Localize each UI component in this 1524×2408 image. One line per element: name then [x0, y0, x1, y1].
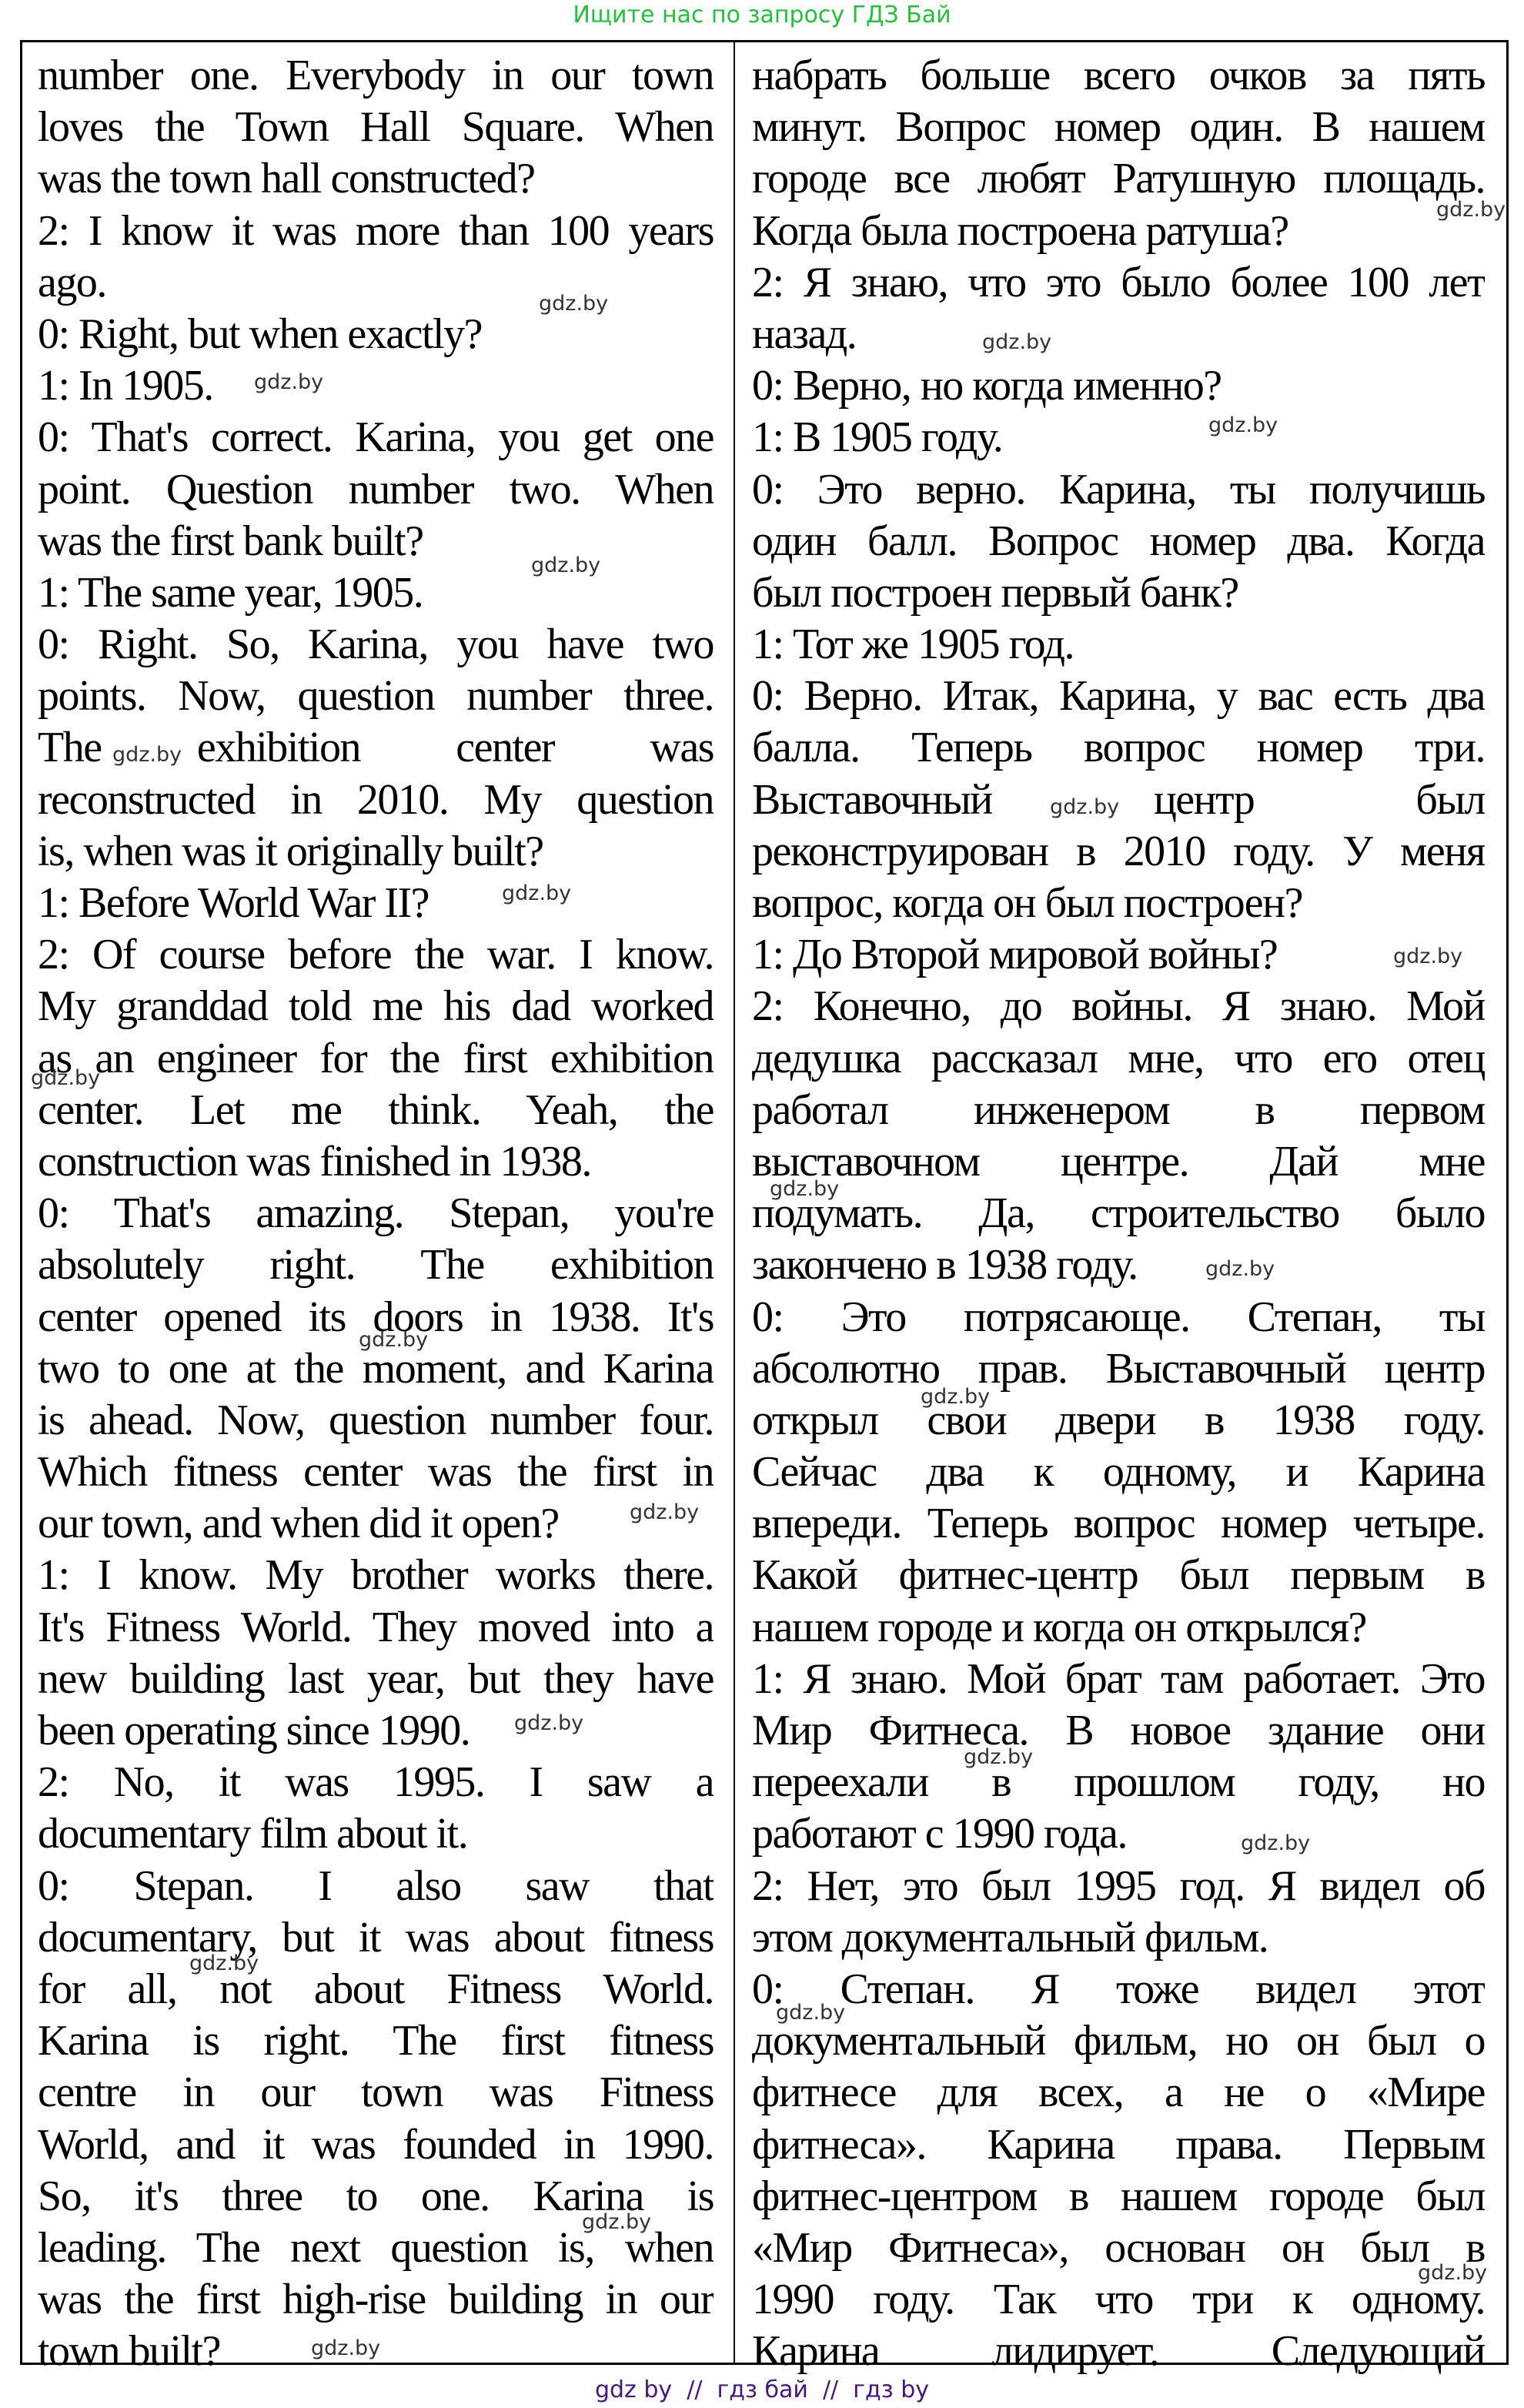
text-line: 1: В 1905 году. — [752, 412, 1485, 463]
text-line: point. Question number two. When — [38, 464, 714, 516]
text-line: World, and it was founded in 1990. — [38, 2119, 714, 2171]
text-line: 0: Это потрясающе. Степан, ты — [752, 1292, 1485, 1343]
text-line: 1: Тот же 1905 год. — [752, 619, 1485, 671]
text-line: documentary, but it was about fitness — [38, 1912, 714, 1964]
bilingual-text-table: number one. Everybody in our townloves t… — [20, 40, 1509, 2365]
text-line: документальный фильм, но он был о — [752, 2015, 1485, 2067]
text-line: Which fitness center was the first in — [38, 1446, 714, 1498]
text-line: подумать. Да, строительство было — [752, 1188, 1485, 1239]
gdz-watermark: gdz.by — [31, 1067, 100, 1090]
site-footer: gdz by // гдз бай // гдз by — [0, 2373, 1524, 2408]
column-divider — [734, 42, 735, 2363]
text-line: 0: Степан. Я тоже видел этот — [752, 1964, 1485, 2015]
gdz-watermark: gdz.by — [1418, 2262, 1487, 2285]
text-line: балла. Теперь вопрос номер три. — [752, 722, 1485, 774]
text-line: ago. — [38, 257, 714, 309]
text-line: 1: До Второй мировой войны? — [752, 929, 1485, 981]
russian-column: набрать больше всего очков за пятьминут.… — [752, 50, 1485, 2377]
gdz-watermark: gdz.by — [1393, 945, 1462, 968]
text-line: Сейчас два к одному, и Карина — [752, 1446, 1485, 1498]
text-line: работал инженером в первом — [752, 1085, 1485, 1136]
text-line: Карина лидирует. Следующий — [752, 2326, 1485, 2377]
text-line: center. Let me think. Yeah, the — [38, 1085, 714, 1136]
text-line: is ahead. Now, question number four. — [38, 1395, 714, 1446]
text-line: 1990 году. Так что три к одному. — [752, 2274, 1485, 2326]
text-line: documentary film about it. — [38, 1808, 714, 1860]
text-line: выставочном центре. Дай мне — [752, 1136, 1485, 1188]
text-line: 1: Before World War II? — [38, 878, 714, 929]
text-line: new building last year, but they have — [38, 1654, 714, 1705]
text-line: фитнеса». Карина права. Первым — [752, 2119, 1485, 2171]
text-line: 0: Верно, но когда именно? — [752, 360, 1485, 412]
text-line: 2: Of course before the war. I know. — [38, 929, 714, 981]
text-line: points. Now, question number three. — [38, 671, 714, 722]
text-line: centre in our town was Fitness — [38, 2067, 714, 2119]
text-line: 1: In 1905. — [38, 360, 714, 412]
text-line: was the town hall constructed? — [38, 153, 714, 205]
gdz-watermark: gdz.by — [921, 1386, 990, 1409]
text-line: городе все любят Ратушную площадь. — [752, 153, 1485, 205]
gdz-watermark: gdz.by — [254, 371, 323, 394]
text-line: переехали в прошлом году, но — [752, 1757, 1485, 1808]
text-line: been operating since 1990. — [38, 1705, 714, 1757]
text-line: construction was finished in 1938. — [38, 1136, 714, 1188]
text-line: минут. Вопрос номер один. В нашем — [752, 102, 1485, 153]
text-line: reconstructed in 2010. My question — [38, 774, 714, 826]
text-line: фитнесе для всех, а не о «Мире — [752, 2067, 1485, 2119]
text-line: Мир Фитнеса. В новое здание они — [752, 1705, 1485, 1757]
gdz-watermark: gdz.by — [531, 554, 600, 577]
gdz-watermark: gdz.by — [112, 744, 182, 767]
text-line: 1: I know. My brother works there. — [38, 1550, 714, 1601]
text-line: 0: Верно. Итак, Карина, у вас есть два — [752, 671, 1485, 722]
gdz-watermark: gdz.by — [1050, 796, 1119, 819]
text-line: loves the Town Hall Square. When — [38, 102, 714, 153]
text-line: 2: No, it was 1995. I saw a — [38, 1757, 714, 1808]
text-line: нашем городе и когда он открылся? — [752, 1602, 1485, 1654]
text-line: «Мир Фитнеса», основан он был в — [752, 2222, 1485, 2274]
text-line: 0: Right. So, Karina, you have two — [38, 619, 714, 671]
text-line: as an engineer for the first exhibition — [38, 1033, 714, 1085]
text-line: работают с 1990 года. — [752, 1808, 1485, 1860]
text-line: was the first high-rise building in our — [38, 2274, 714, 2326]
gdz-watermark: gdz.by — [1205, 1258, 1275, 1281]
text-line: фитнес-центром в нашем городе был — [752, 2171, 1485, 2222]
text-line: Karina is right. The first fitness — [38, 2015, 714, 2067]
text-line: 0: That's correct. Karina, you get one — [38, 412, 714, 463]
text-line: дедушка рассказал мне, что его отец — [752, 1033, 1485, 1085]
english-column: number one. Everybody in our townloves t… — [38, 50, 714, 2377]
gdz-watermark: gdz.by — [502, 882, 571, 905]
gdz-watermark: gdz.by — [1208, 414, 1278, 437]
gdz-watermark: gdz.by — [770, 1178, 839, 1201]
text-line: набрать больше всего очков за пять — [752, 50, 1485, 102]
text-line: 0: That's amazing. Stepan, you're — [38, 1188, 714, 1239]
text-line: our town, and when did it open? — [38, 1498, 714, 1550]
gdz-watermark: gdz.by — [582, 2211, 651, 2234]
text-line: absolutely right. The exhibition — [38, 1239, 714, 1291]
search-hint-banner: Ищите нас по запросу ГДЗ Бай — [0, 0, 1524, 31]
text-line: Когда была построена ратуша? — [752, 206, 1485, 257]
text-line: был построен первый банк? — [752, 567, 1485, 619]
text-line: It's Fitness World. They moved into a — [38, 1602, 714, 1654]
gdz-watermark: gdz.by — [1241, 1832, 1310, 1855]
gdz-watermark: gdz.by — [1436, 199, 1506, 222]
text-line: открыл свои двери в 1938 году. — [752, 1395, 1485, 1446]
text-line: Какой фитнес-центр был первым в — [752, 1550, 1485, 1601]
gdz-watermark: gdz.by — [539, 293, 608, 316]
text-line: for all, not about Fitness World. — [38, 1964, 714, 2015]
gdz-watermark: gdz.by — [982, 331, 1051, 354]
text-line: 2: I know it was more than 100 years — [38, 206, 714, 257]
gdz-watermark: gdz.by — [630, 1501, 699, 1524]
text-line: назад. — [752, 309, 1485, 360]
gdz-watermark: gdz.by — [964, 1746, 1033, 1769]
text-line: 2: Нет, это был 1995 год. Я видел об — [752, 1861, 1485, 1912]
text-line: вопрос, когда он был построен? — [752, 878, 1485, 929]
text-line: 0: Это верно. Карина, ты получишь — [752, 464, 1485, 516]
text-line: 0: Right, but when exactly? — [38, 309, 714, 360]
text-line: впереди. Теперь вопрос номер четыре. — [752, 1498, 1485, 1550]
text-line: 2: Я знаю, что это было более 100 лет — [752, 257, 1485, 309]
gdz-watermark: gdz.by — [189, 1952, 259, 1975]
text-line: 1: The same year, 1905. — [38, 567, 714, 619]
gdz-watermark: gdz.by — [311, 2337, 380, 2360]
text-line: number one. Everybody in our town — [38, 50, 714, 102]
text-line: этом документальный фильм. — [752, 1912, 1485, 1964]
text-line: 1: Я знаю. Мой брат там работает. Это — [752, 1654, 1485, 1705]
text-line: абсолютно прав. Выставочный центр — [752, 1343, 1485, 1395]
text-line: закончено в 1938 году. — [752, 1239, 1485, 1291]
gdz-watermark: gdz.by — [514, 1712, 583, 1735]
text-line: 0: Stepan. I also saw that — [38, 1861, 714, 1912]
gdz-watermark: gdz.by — [359, 1329, 428, 1352]
text-line: was the first bank built? — [38, 516, 714, 567]
text-line: один балл. Вопрос номер два. Когда — [752, 516, 1485, 567]
text-line: My granddad told me his dad worked — [38, 981, 714, 1032]
text-line: is, when was it originally built? — [38, 826, 714, 878]
text-line: 2: Конечно, до войны. Я знаю. Мой — [752, 981, 1485, 1032]
gdz-watermark: gdz.by — [776, 2002, 845, 2025]
text-line: реконструирован в 2010 году. У меня — [752, 826, 1485, 878]
